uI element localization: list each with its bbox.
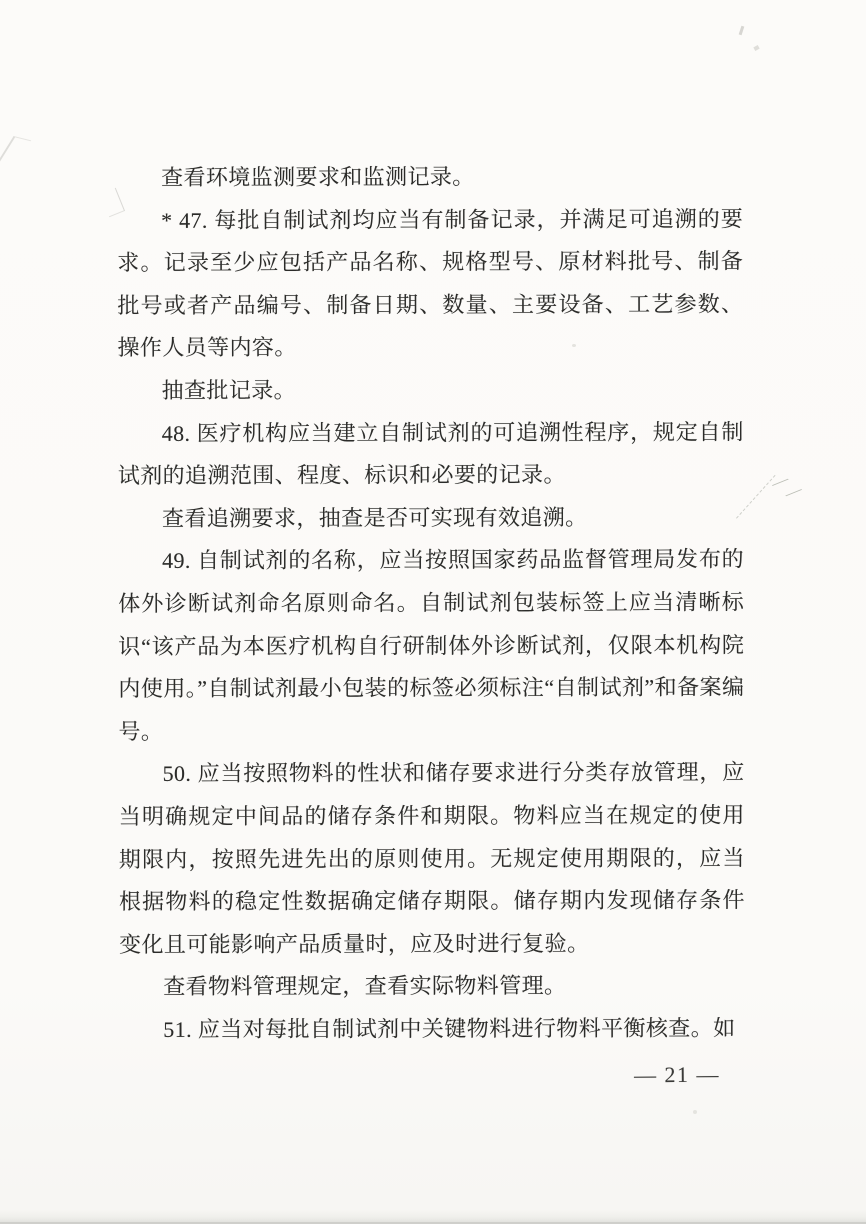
- document-body: 查看环境监测要求和监测记录。 * 47. 每批自制试剂均应当有制备记录，并满足可…: [117, 155, 745, 1051]
- paragraph-item-50: 50. 应当按照物料的性状和储存要求进行分类存放管理，应当明确规定中间品的储存条…: [119, 752, 746, 967]
- paragraph-item-48: 48. 医疗机构应当建立自制试剂的可追溯性程序，规定自制试剂的追溯范围、程度、标…: [118, 411, 744, 498]
- paragraph-item-47: * 47. 每批自制试剂均应当有制备记录，并满足可追溯的要求。记录至少应包括产品…: [117, 198, 743, 370]
- paragraph-inspect-env-monitoring: 查看环境监测要求和监测记录。: [117, 155, 743, 199]
- paragraph-inspect-batch-records: 抽查批记录。: [118, 368, 744, 412]
- paragraph-inspect-material-mgmt: 查看物料管理规定，查看实际物料管理。: [119, 965, 745, 1009]
- document-page: 查看环境监测要求和监测记录。 * 47. 每批自制试剂均应当有制备记录，并满足可…: [0, 0, 866, 1224]
- pencil-mark-right-margin: [772, 479, 802, 497]
- scan-mark-left-edge: [0, 136, 31, 177]
- scan-speck-top-right-2: [753, 45, 759, 51]
- paragraph-inspect-traceability: 查看追溯要求，抽查是否可实现有效追溯。: [118, 496, 744, 540]
- page-number: — 21 —: [634, 1062, 720, 1089]
- paragraph-item-51: 51. 应当对每批自制试剂中关键物料进行物料平衡核查。如: [119, 1007, 745, 1051]
- scan-speck-top-right-1: [739, 26, 745, 35]
- scanner-page-edge: [0, 1210, 866, 1224]
- scan-speck-bottom: [693, 1110, 697, 1114]
- paragraph-item-49: 49. 自制试剂的名称，应当按照国家药品监督管理局发布的体外诊断试剂命名原则命名…: [118, 539, 745, 754]
